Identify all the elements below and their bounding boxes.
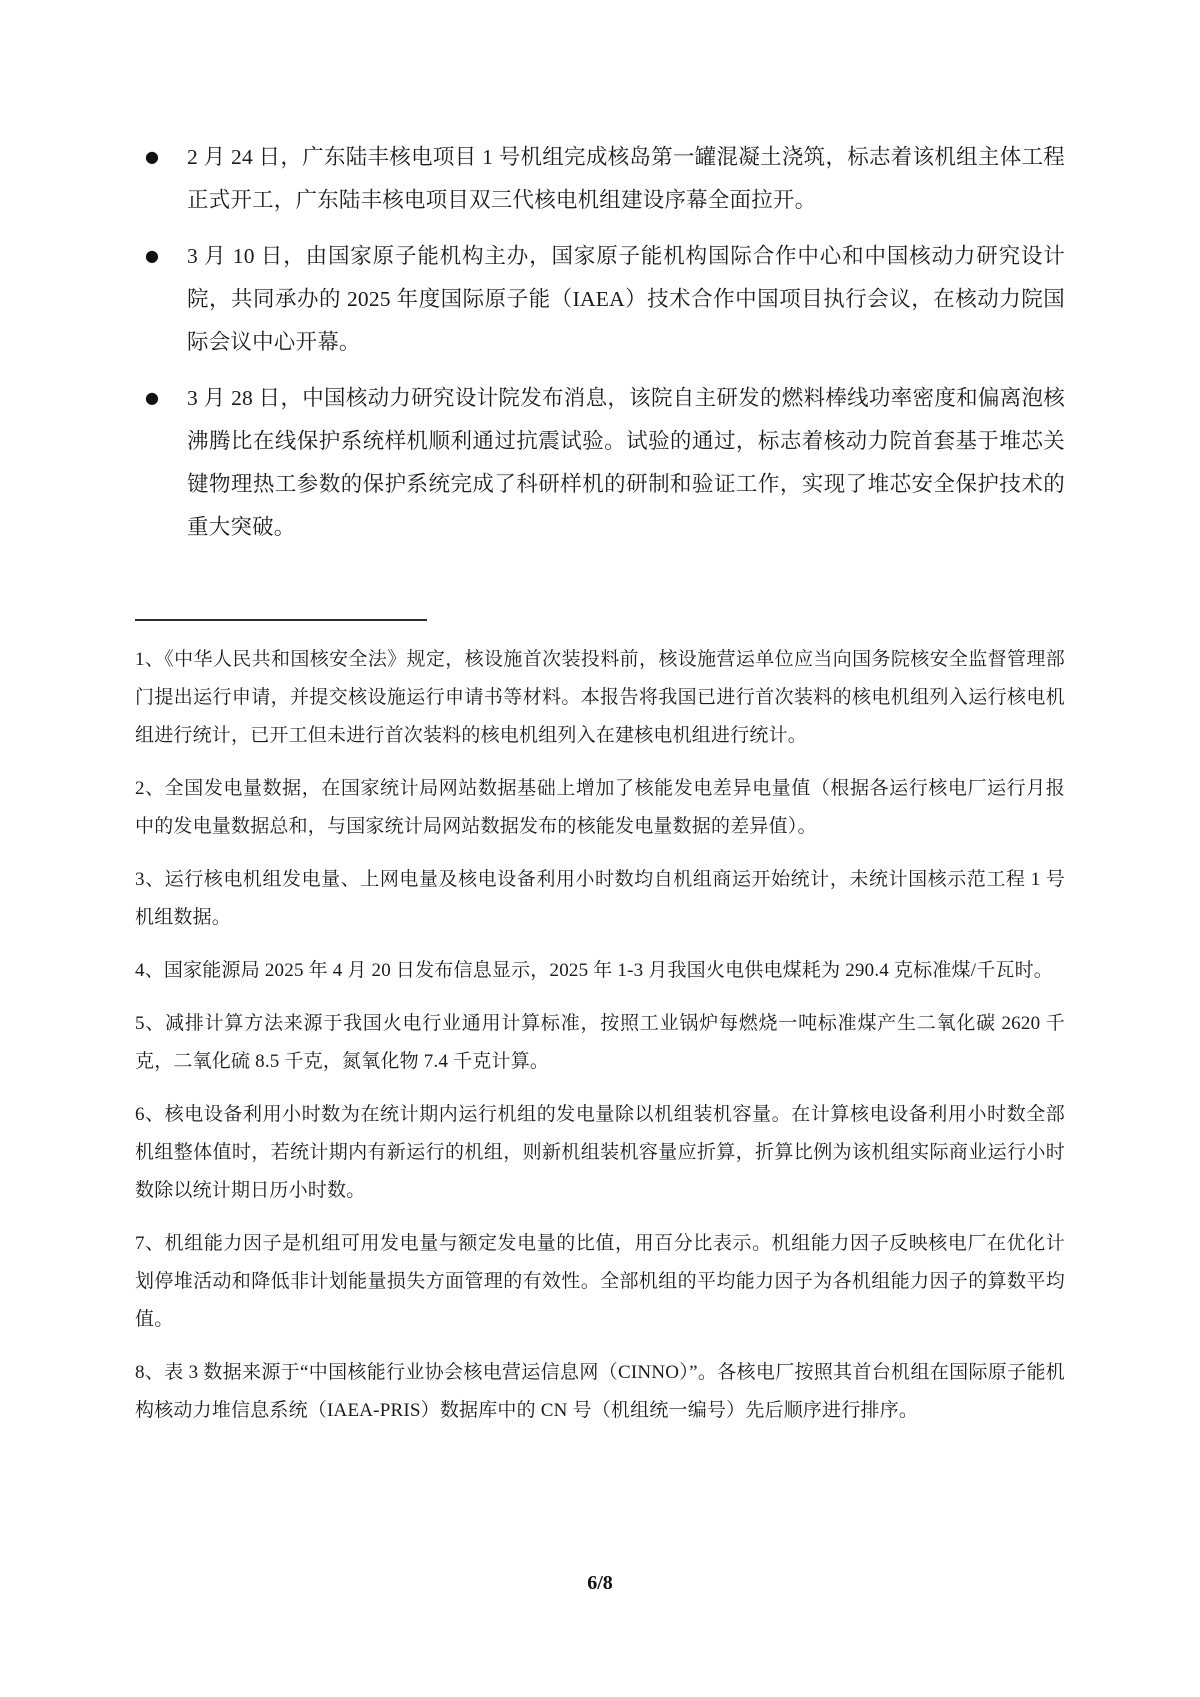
- bullet-icon: ●: [145, 146, 159, 168]
- page-content: ● 2 月 24 日，广东陆丰核电项目 1 号机组完成核岛第一罐混凝土浇筑，标志…: [133, 136, 1065, 1445]
- footnote: 8、表 3 数据来源于“中国核能行业协会核电营运信息网（CINNO）”。各核电厂…: [135, 1354, 1065, 1430]
- list-item: ● 3 月 10 日，由国家原子能机构主办，国家原子能机构国际合作中心和中国核动…: [145, 235, 1065, 364]
- footnotes-section: 1、《中华人民共和国核安全法》规定，核设施首次装投料前，核设施营运单位应当向国务…: [133, 641, 1065, 1430]
- footnote: 4、国家能源局 2025 年 4 月 20 日发布信息显示，2025 年 1-3…: [135, 952, 1065, 990]
- footnote: 7、机组能力因子是机组可用发电量与额定发电量的比值，用百分比表示。机组能力因子反…: [135, 1225, 1065, 1339]
- footnote: 3、运行核电机组发电量、上网电量及核电设备利用小时数均自机组商运开始统计，未统计…: [135, 861, 1065, 937]
- footnote: 2、全国发电量数据，在国家统计局网站数据基础上增加了核能发电差异电量值（根据各运…: [135, 770, 1065, 846]
- document-page: ● 2 月 24 日，广东陆丰核电项目 1 号机组完成核岛第一罐混凝土浇筑，标志…: [0, 0, 1200, 1697]
- footnote-divider: [135, 619, 427, 621]
- bullet-text: 3 月 28 日，中国核动力研究设计院发布消息，该院自主研发的燃料棒线功率密度和…: [187, 377, 1065, 549]
- bullet-text: 2 月 24 日，广东陆丰核电项目 1 号机组完成核岛第一罐混凝土浇筑，标志着该…: [187, 136, 1065, 222]
- footnote: 5、减排计算方法来源于我国火电行业通用计算标准，按照工业锅炉每燃烧一吨标准煤产生…: [135, 1005, 1065, 1081]
- list-item: ● 2 月 24 日，广东陆丰核电项目 1 号机组完成核岛第一罐混凝土浇筑，标志…: [145, 136, 1065, 222]
- bullet-icon: ●: [145, 387, 159, 409]
- footnote: 1、《中华人民共和国核安全法》规定，核设施首次装投料前，核设施营运单位应当向国务…: [135, 641, 1065, 755]
- list-item: ● 3 月 28 日，中国核动力研究设计院发布消息，该院自主研发的燃料棒线功率密…: [145, 377, 1065, 549]
- footnote: 6、核电设备利用小时数为在统计期内运行机组的发电量除以机组装机容量。在计算核电设…: [135, 1096, 1065, 1210]
- highlights-list: ● 2 月 24 日，广东陆丰核电项目 1 号机组完成核岛第一罐混凝土浇筑，标志…: [133, 136, 1065, 549]
- bullet-text: 3 月 10 日，由国家原子能机构主办，国家原子能机构国际合作中心和中国核动力研…: [187, 235, 1065, 364]
- page-number: 6/8: [587, 1572, 613, 1594]
- page-footer: 6/8: [0, 1572, 1200, 1595]
- bullet-icon: ●: [145, 245, 159, 267]
